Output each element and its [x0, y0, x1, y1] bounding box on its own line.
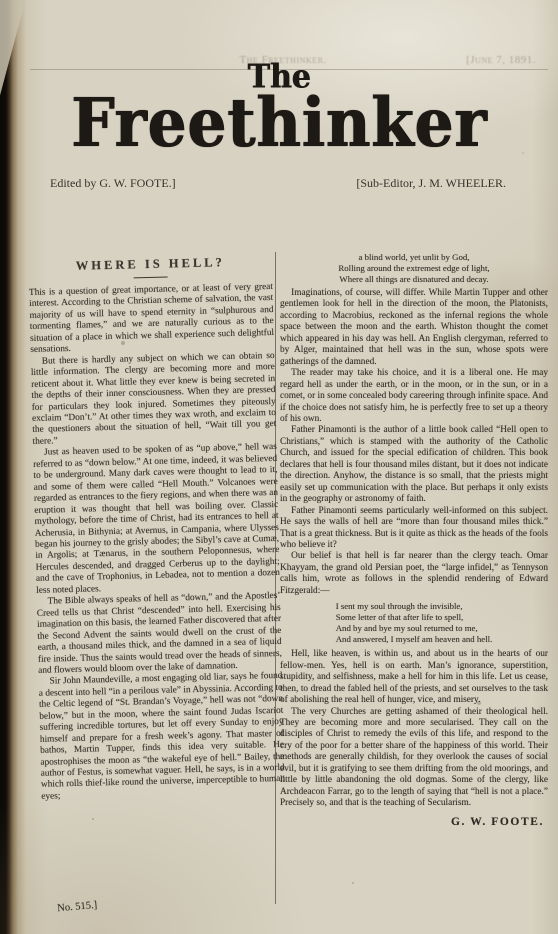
verse-line: a blind world, yet unlit by God, [280, 252, 548, 263]
verse-line: Where all things are disnatured and deca… [280, 274, 548, 285]
paragraph: This is a question of great importance, … [29, 282, 275, 357]
paragraph: Father Pinamonti is the author of a litt… [280, 425, 548, 505]
editor-line: Edited by G. W. FOOTE.] [Sub-Editor, J. … [0, 176, 558, 191]
paragraph: Hell, like heaven, is within us, and abo… [280, 649, 548, 706]
title-rule [134, 277, 168, 279]
masthead-title: Freethinker [0, 91, 558, 157]
right-column: a blind world, yet unlit by God, Rolling… [280, 250, 548, 932]
paragraph: Just as heaven used to be spoken of as “… [33, 442, 281, 597]
newspaper-page-scan: The Freethinker. [June 7, 1891. The Free… [0, 0, 558, 934]
verse-line: And answered, I myself am heaven and hel… [336, 634, 493, 645]
omar-khayyam-verse: I sent my soul through the invisible, So… [336, 601, 493, 645]
left-column: WHERE IS HELL? This is a question of gre… [28, 250, 289, 934]
verse-line: Some letter of that after life to spell, [336, 612, 493, 623]
article-columns: WHERE IS HELL? This is a question of gre… [28, 250, 548, 932]
paragraph: Sir John Maundeville, a most engaging ol… [38, 671, 285, 803]
paragraph: Our belief is that hell is far nearer th… [280, 551, 548, 597]
bailey-verse: a blind world, yet unlit by God, Rolling… [280, 252, 548, 285]
verse-line: I sent my soul through the invisible, [336, 601, 493, 612]
verse-line: And by and bye my soul returned to me, [336, 623, 493, 634]
paragraph: The reader may take his choice, and it i… [280, 368, 548, 425]
verse-line: Rolling around the extremest edge of lig… [280, 263, 548, 274]
editor-right: [Sub-Editor, J. M. WHEELER. [356, 176, 506, 191]
paragraph: The Bible always speaks of hell as “down… [36, 591, 282, 677]
article-title: WHERE IS HELL? [28, 254, 272, 275]
footline: No. 515.] [43, 900, 100, 934]
paragraph: Imaginations, of course, will differ. Wh… [280, 288, 548, 368]
paragraph: But there is hardly any subject on which… [31, 351, 277, 449]
signature: G. W. FOOTE. [280, 816, 548, 828]
paragraph: The very Churches are getting ashamed of… [280, 707, 548, 810]
editor-left: Edited by G. W. FOOTE.] [50, 176, 176, 191]
masthead: The Freethinker Edited by G. W. FOOTE.] … [0, 0, 558, 191]
paragraph: Father Pinamonti seems particularly well… [280, 506, 548, 552]
